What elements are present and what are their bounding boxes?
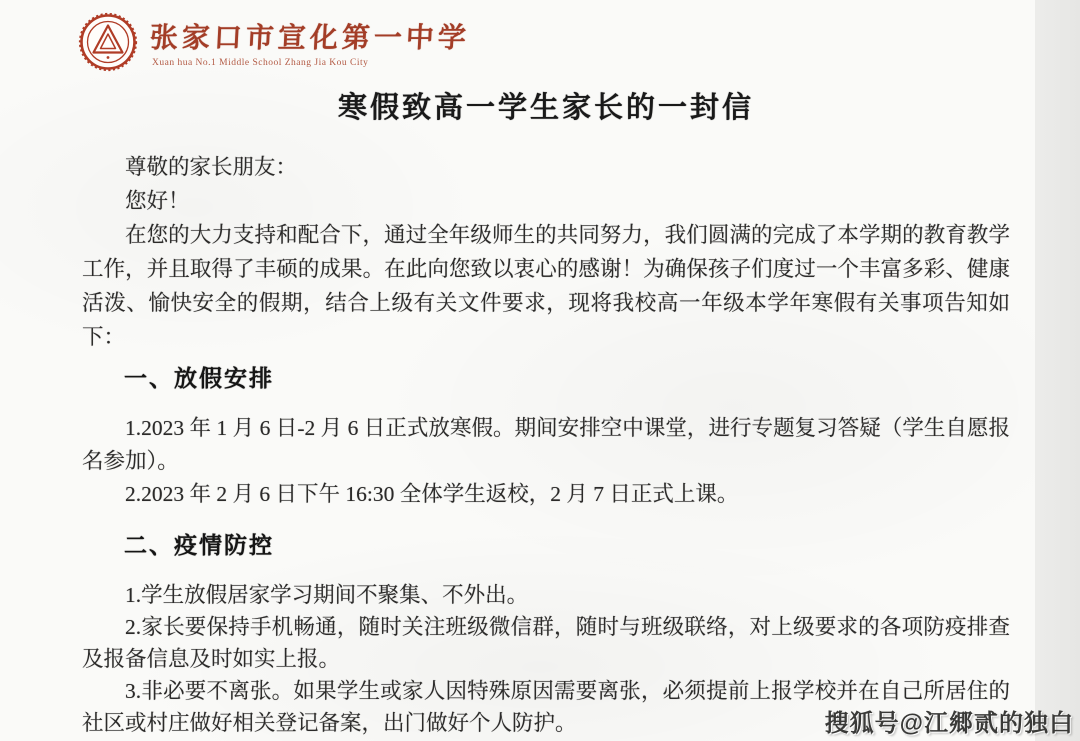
school-name-block: 张家口市宣化第一中学 Xuan hua No.1 Middle School Z…: [150, 12, 470, 68]
intro-paragraph: 在您的大力支持和配合下，通过全年级师生的共同努力，我们圆满的完成了本学期的教育教…: [82, 218, 1010, 354]
scan-edge-strip: [1035, 0, 1080, 741]
school-seal-icon: [78, 12, 138, 72]
school-name-english: Xuan hua No.1 Middle School Zhang Jia Ko…: [152, 58, 470, 68]
letter-body: 寒假致高一学生家长的一封信 尊敬的家长朋友： 您好！ 在您的大力支持和配合下，通…: [82, 88, 1010, 739]
section-heading-epidemic-prevention: 二、疫情防控: [82, 531, 1010, 559]
epidemic-item-2: 2.家长要保持手机畅通，随时关注班级微信群，随时与班级联络，对上级要求的各项防疫…: [82, 611, 1010, 675]
scanned-letter-page: 张家口市宣化第一中学 Xuan hua No.1 Middle School Z…: [0, 0, 1080, 741]
letter-title: 寒假致高一学生家长的一封信: [82, 88, 1010, 128]
school-name-chinese: 张家口市宣化第一中学: [149, 16, 471, 56]
watermark-sohu-account: 搜狐号@江郷贰的独白: [825, 703, 1074, 738]
school-header: 张家口市宣化第一中学 Xuan hua No.1 Middle School Z…: [78, 12, 470, 72]
section-heading-holiday-schedule: 一、放假安排: [82, 364, 1010, 392]
holiday-item-1: 1.2023 年 1 月 6 日-2 月 6 日正式放寒假。期间安排空中课堂，进…: [82, 412, 1010, 478]
greeting-line: 您好！: [82, 184, 1010, 218]
salutation-line: 尊敬的家长朋友：: [82, 150, 1010, 184]
epidemic-item-1: 1.学生放假居家学习期间不聚集、不外出。: [82, 579, 1010, 611]
holiday-item-2: 2.2023 年 2 月 6 日下午 16:30 全体学生返校，2 月 7 日正…: [82, 478, 1010, 511]
